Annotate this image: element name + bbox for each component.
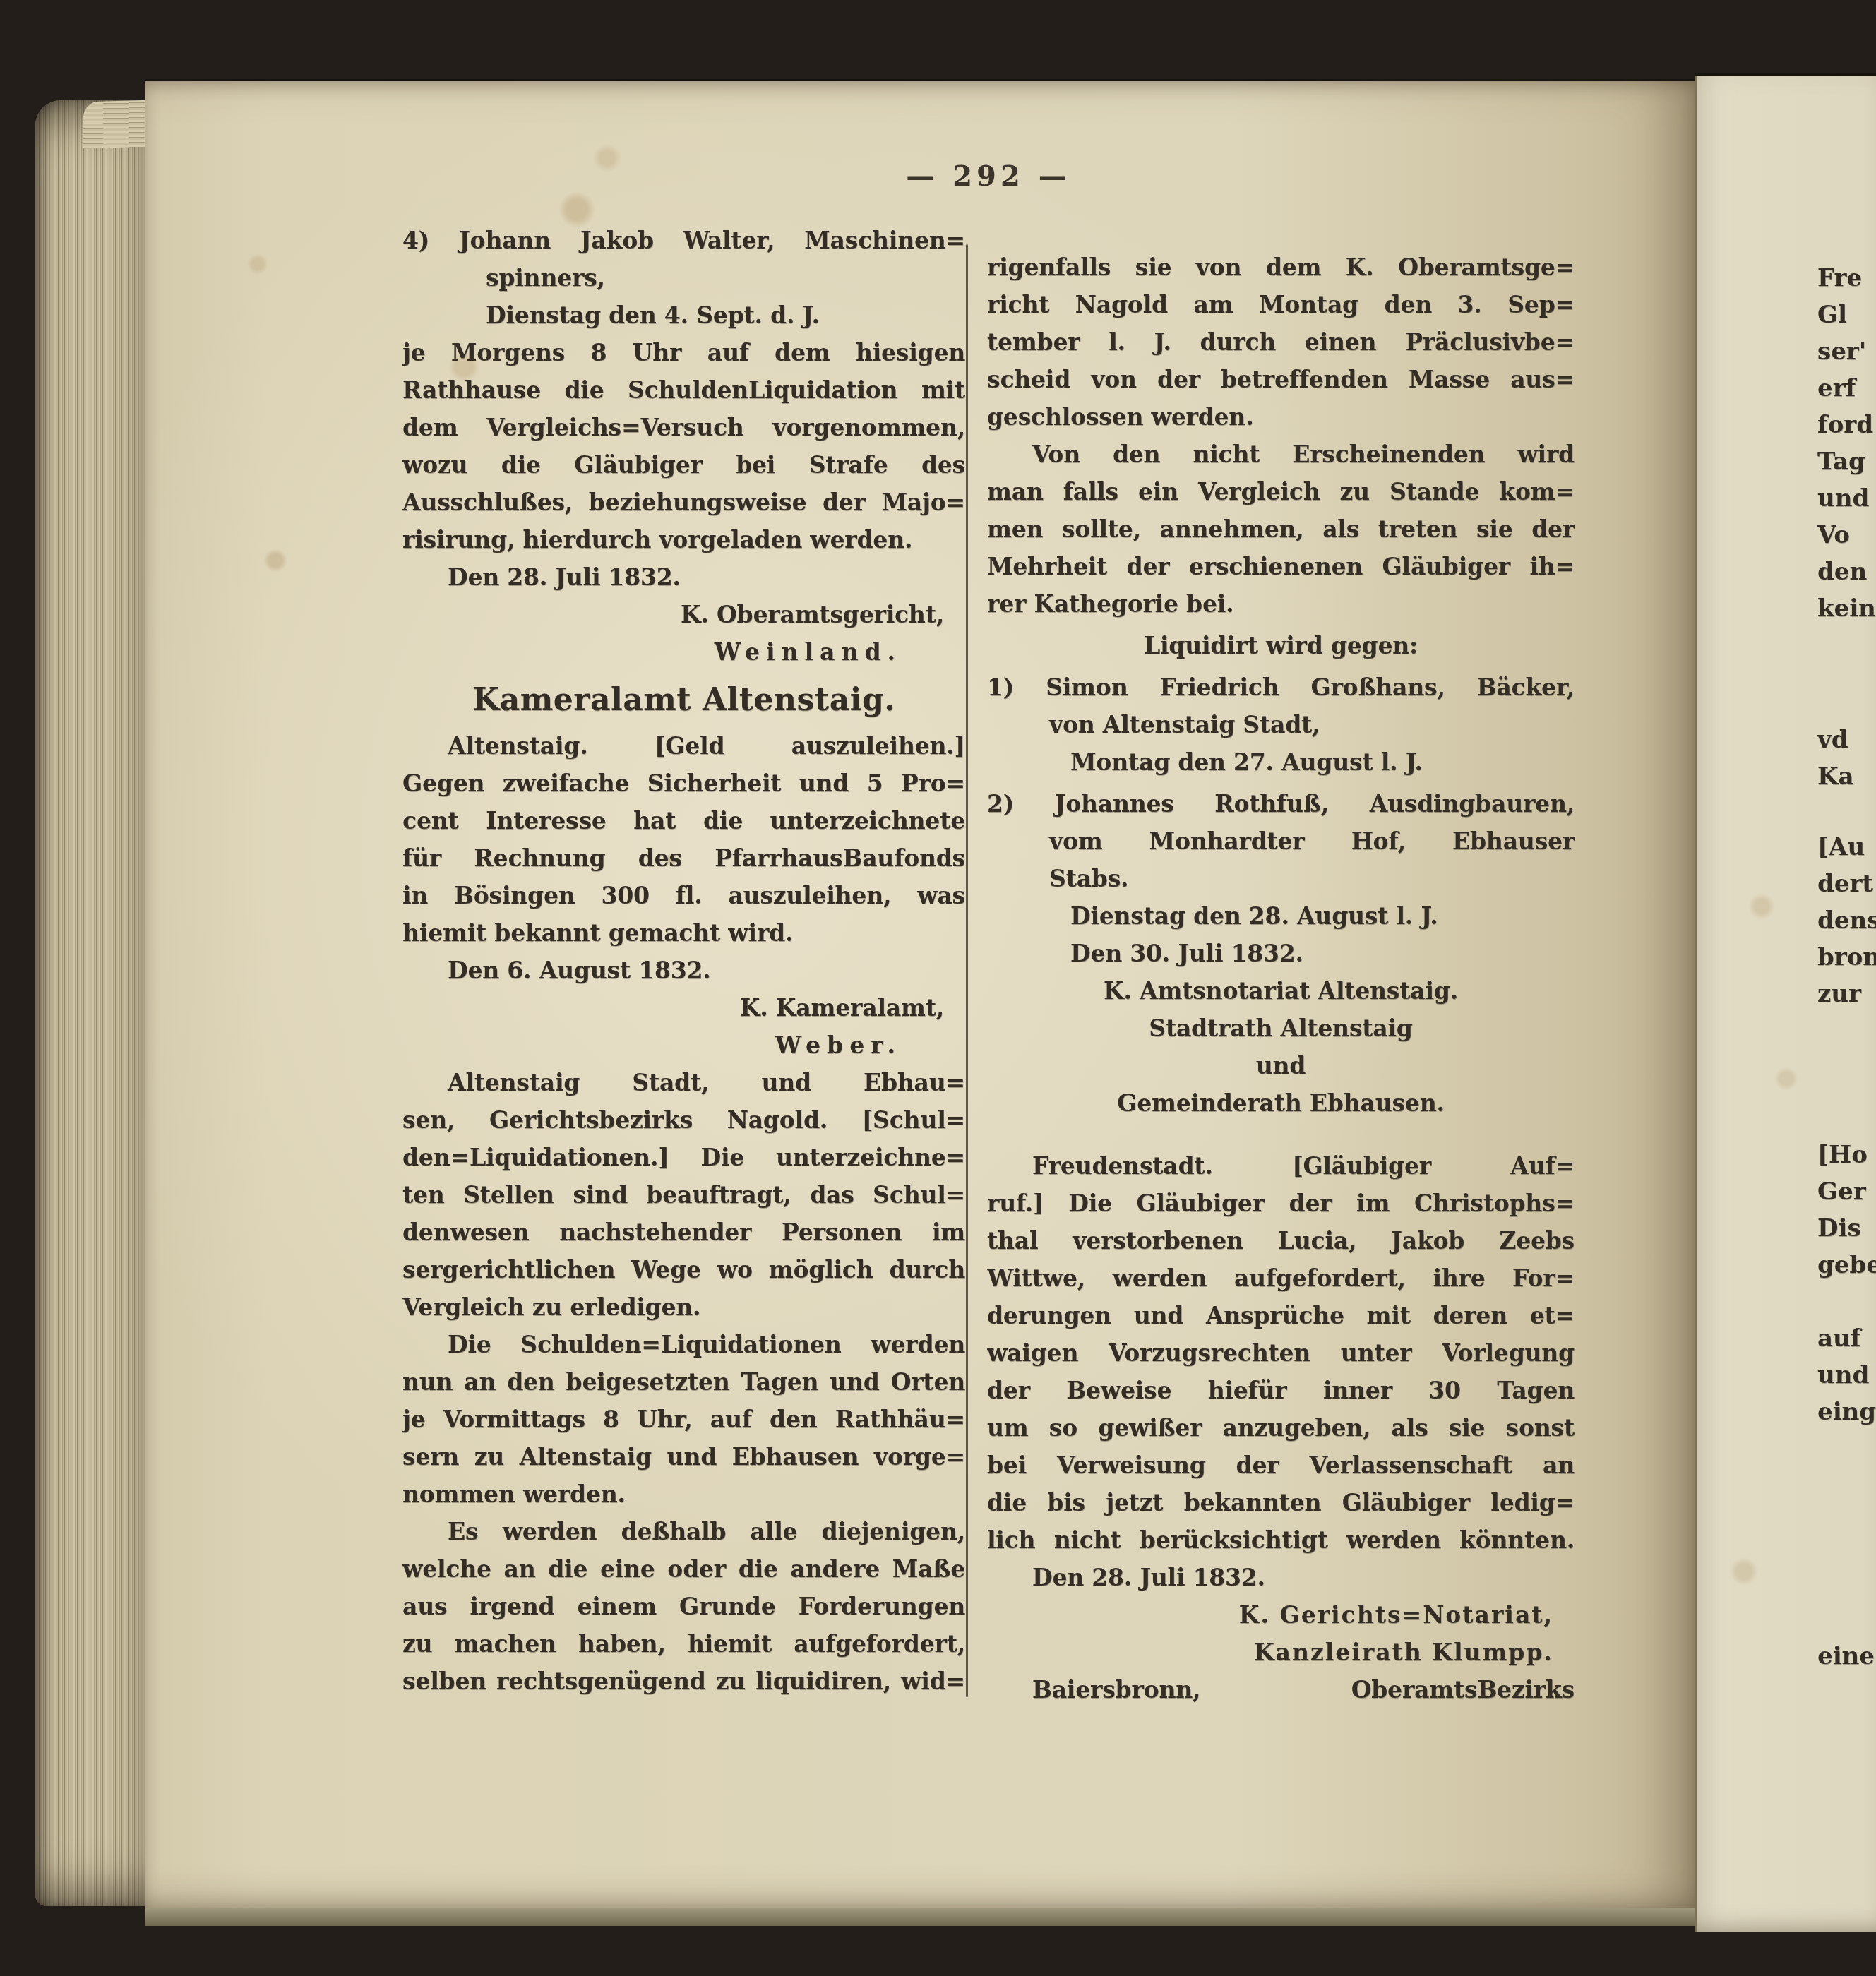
- text-line: welche an die eine oder die andere Maße: [402, 1550, 965, 1588]
- text-line: Wittwe, werden aufgefordert, ihre For=: [987, 1259, 1575, 1297]
- text-fragment: dens: [1817, 902, 1876, 939]
- text-line: derungen und Ansprüche mit deren et=: [987, 1297, 1575, 1334]
- text-line: aus irgend einem Grunde Forderungen: [402, 1588, 965, 1625]
- text-line: Die Schulden=Liquidationen werden: [402, 1326, 965, 1363]
- text-fragment: erf: [1817, 370, 1876, 407]
- text-line: 2) Johannes Rothfuß, Ausdingbauren,: [987, 785, 1575, 822]
- text-line: rer Kathegorie bei.: [987, 585, 1575, 623]
- text-line: Ausschlußes, beziehungsweise der Majo=: [402, 484, 965, 521]
- text-line: man falls ein Vergleich zu Stande kom=: [987, 473, 1575, 510]
- text-fragment: und: [1817, 480, 1876, 517]
- text-line: Stabs.: [987, 860, 1575, 897]
- text-line: je Morgens 8 Uhr auf dem hiesigen: [402, 334, 965, 371]
- text-fragment: Ka: [1817, 758, 1876, 795]
- text-line: geschlossen werden.: [987, 398, 1575, 436]
- text-fragment: kein: [1817, 590, 1876, 627]
- text-fragment: zur: [1817, 976, 1876, 1012]
- text-line: Stadtrath Altenstaig: [987, 1010, 1575, 1047]
- text-line: rigenfalls sie von dem K. Oberamtsge=: [987, 249, 1575, 286]
- text-fragment: Gl: [1817, 297, 1876, 333]
- book-scan-background: { "page_header": { "page_number": "292",…: [0, 0, 1876, 1976]
- text-line: Den 6. August 1832.: [402, 952, 965, 989]
- text-line: dem Vergleichs=Versuch vorgenommen,: [402, 409, 965, 446]
- text-line: in Bösingen 300 fl. auszuleihen, was: [402, 877, 965, 914]
- text-line: men sollte, annehmen, als treten sie der: [987, 510, 1575, 548]
- text-line: spinners,: [402, 259, 965, 297]
- page-bottom-edge: [145, 1908, 1695, 1926]
- text-line: Weber.: [402, 1026, 965, 1064]
- column-divider-rule: [966, 244, 968, 1697]
- text-fragment: Dis: [1817, 1210, 1876, 1247]
- text-line: hiemit bekannt gemacht wird.: [402, 914, 965, 952]
- text-line: von Altenstaig Stadt,: [987, 706, 1575, 743]
- text-fragment: ford: [1817, 407, 1876, 443]
- text-line: K. Kameralamt,: [402, 989, 965, 1026]
- text-fragment: Tag: [1817, 443, 1876, 480]
- text-fragment: gebe: [1817, 1247, 1876, 1283]
- text-line: Altenstaig Stadt, und Ebhau=: [402, 1064, 965, 1101]
- text-fragment: auf: [1817, 1320, 1876, 1357]
- text-line: um so gewißer anzugeben, als sie sonst: [987, 1409, 1575, 1447]
- text-line: Dienstag den 4. Sept. d. J.: [402, 297, 965, 334]
- text-column-1: 4) Johann Jakob Walter, Maschinen=spinne…: [402, 222, 965, 1700]
- text-line: Dienstag den 28. August l. J.: [987, 897, 1575, 935]
- text-line: Kanzleirath Klumpp.: [987, 1634, 1575, 1671]
- text-line: zu machen haben, hiemit aufgefordert, di…: [402, 1625, 965, 1663]
- text-line: Montag den 27. August l. J.: [987, 743, 1575, 781]
- text-line: Den 30. Juli 1832.: [987, 935, 1575, 972]
- text-fragment: ser': [1817, 333, 1876, 370]
- text-line: der Beweise hiefür inner 30 Tagen: [987, 1372, 1575, 1409]
- text-line: Den 28. Juli 1832.: [402, 558, 965, 596]
- text-column-2: rigenfalls sie von dem K. Oberamtsge=ric…: [987, 249, 1575, 1708]
- text-line: sern zu Altenstaig und Ebhausen vorge=: [402, 1438, 965, 1475]
- text-fragment: eing: [1817, 1394, 1876, 1430]
- text-fragment: den: [1817, 553, 1876, 590]
- text-line: die bis jetzt bekannten Gläubiger ledig=: [987, 1484, 1575, 1521]
- text-line: richt Nagold am Montag den 3. Sep=: [987, 286, 1575, 323]
- text-line: wozu die Gläubiger bei Strafe des: [402, 446, 965, 484]
- text-line: den=Liquidationen.] Die unterzeichne=: [402, 1139, 965, 1176]
- text-line: Weinland.: [402, 633, 965, 671]
- text-fragment: vd: [1817, 721, 1876, 758]
- text-line: K. Oberamtsgericht,: [402, 596, 965, 633]
- text-fragment: bron: [1817, 939, 1876, 976]
- text-line: lich nicht berücksichtigt werden könnten…: [987, 1521, 1575, 1559]
- page-number-header: — 292 —: [805, 160, 1172, 193]
- text-fragment: [Ho: [1817, 1137, 1876, 1173]
- text-line: scheid von der betreffenden Masse aus=: [987, 361, 1575, 398]
- text-line: Liquidirt wird gegen:: [987, 627, 1575, 664]
- text-line: ruf.] Die Gläubiger der im Christophs=: [987, 1185, 1575, 1222]
- text-line: nommen werden.: [402, 1475, 965, 1513]
- text-line: je Vormittags 8 Uhr, auf den Rathhäu=: [402, 1401, 965, 1438]
- text-line: vom Monhardter Hof, Ebhauser: [987, 822, 1575, 860]
- text-line: Baiersbronn, OberamtsBezirks: [987, 1671, 1575, 1708]
- text-line: cent Interesse hat die unterzeichnete St…: [402, 802, 965, 839]
- text-line: Den 28. Juli 1832.: [987, 1559, 1575, 1596]
- text-line: denwesen nachstehender Personen im auf=: [402, 1214, 965, 1251]
- text-line: 1) Simon Friedrich Großhans, Bäcker,: [987, 669, 1575, 706]
- text-fragment: eine: [1817, 1638, 1876, 1675]
- text-line: risirung, hierdurch vorgeladen werden.: [402, 521, 965, 558]
- facing-page-text-fragments: FreGlser'erffordTagundVodenkeinvdKa[Aude…: [1817, 260, 1876, 1675]
- text-line: K. Amtsnotariat Altenstaig.: [987, 972, 1575, 1010]
- text-line: selben rechtsgenügend zu liquidiren, wid…: [402, 1663, 965, 1700]
- text-fragment: Vo: [1817, 517, 1876, 553]
- text-line: Freudenstadt. [Gläubiger Auf=: [987, 1147, 1575, 1185]
- text-line: sen, Gerichtsbezirks Nagold. [Schul=: [402, 1101, 965, 1139]
- text-line: Gemeinderath Ebhausen.: [987, 1084, 1575, 1122]
- text-line: und: [987, 1047, 1575, 1084]
- text-line: tember l. J. durch einen Präclusivbe=: [987, 323, 1575, 361]
- page-stack-fore-edge: [35, 100, 147, 1906]
- text-line: bei Verweisung der Verlassenschaft an: [987, 1447, 1575, 1484]
- text-line: Gegen zweifache Sicherheit und 5 Pro=: [402, 765, 965, 802]
- text-line: Vergleich zu erledigen.: [402, 1288, 965, 1326]
- text-line: Rathhause die SchuldenLiquidation mit: [402, 371, 965, 409]
- text-line: K. Gerichts=Notariat,: [987, 1596, 1575, 1634]
- text-fragment: und: [1817, 1357, 1876, 1394]
- text-line: sergerichtlichen Wege wo möglich durch: [402, 1251, 965, 1288]
- text-line: für Rechnung des PfarrhausBaufonds: [402, 839, 965, 877]
- text-line: nun an den beigesetzten Tagen und Orten: [402, 1363, 965, 1401]
- text-line: Kameralamt Altenstaig.: [402, 678, 965, 723]
- text-line: ten Stellen sind beauftragt, das Schul=: [402, 1176, 965, 1214]
- text-line: thal verstorbenen Lucia, Jakob Zeebs: [987, 1222, 1575, 1259]
- text-fragment: Fre: [1817, 260, 1876, 297]
- text-line: waigen Vorzugsrechten unter Vorlegung: [987, 1334, 1575, 1372]
- text-fragment: Ger: [1817, 1173, 1876, 1210]
- text-fragment: [Au: [1817, 829, 1876, 866]
- text-line: 4) Johann Jakob Walter, Maschinen=: [402, 222, 965, 259]
- text-line: Es werden deßhalb alle diejenigen,: [402, 1513, 965, 1550]
- text-line: Altenstaig. [Geld auszuleihen.]: [402, 727, 965, 765]
- text-line: Von den nicht Erscheinenden wird: [987, 436, 1575, 473]
- text-line: Mehrheit der erschienenen Gläubiger ih=: [987, 548, 1575, 585]
- text-fragment: dert: [1817, 866, 1876, 902]
